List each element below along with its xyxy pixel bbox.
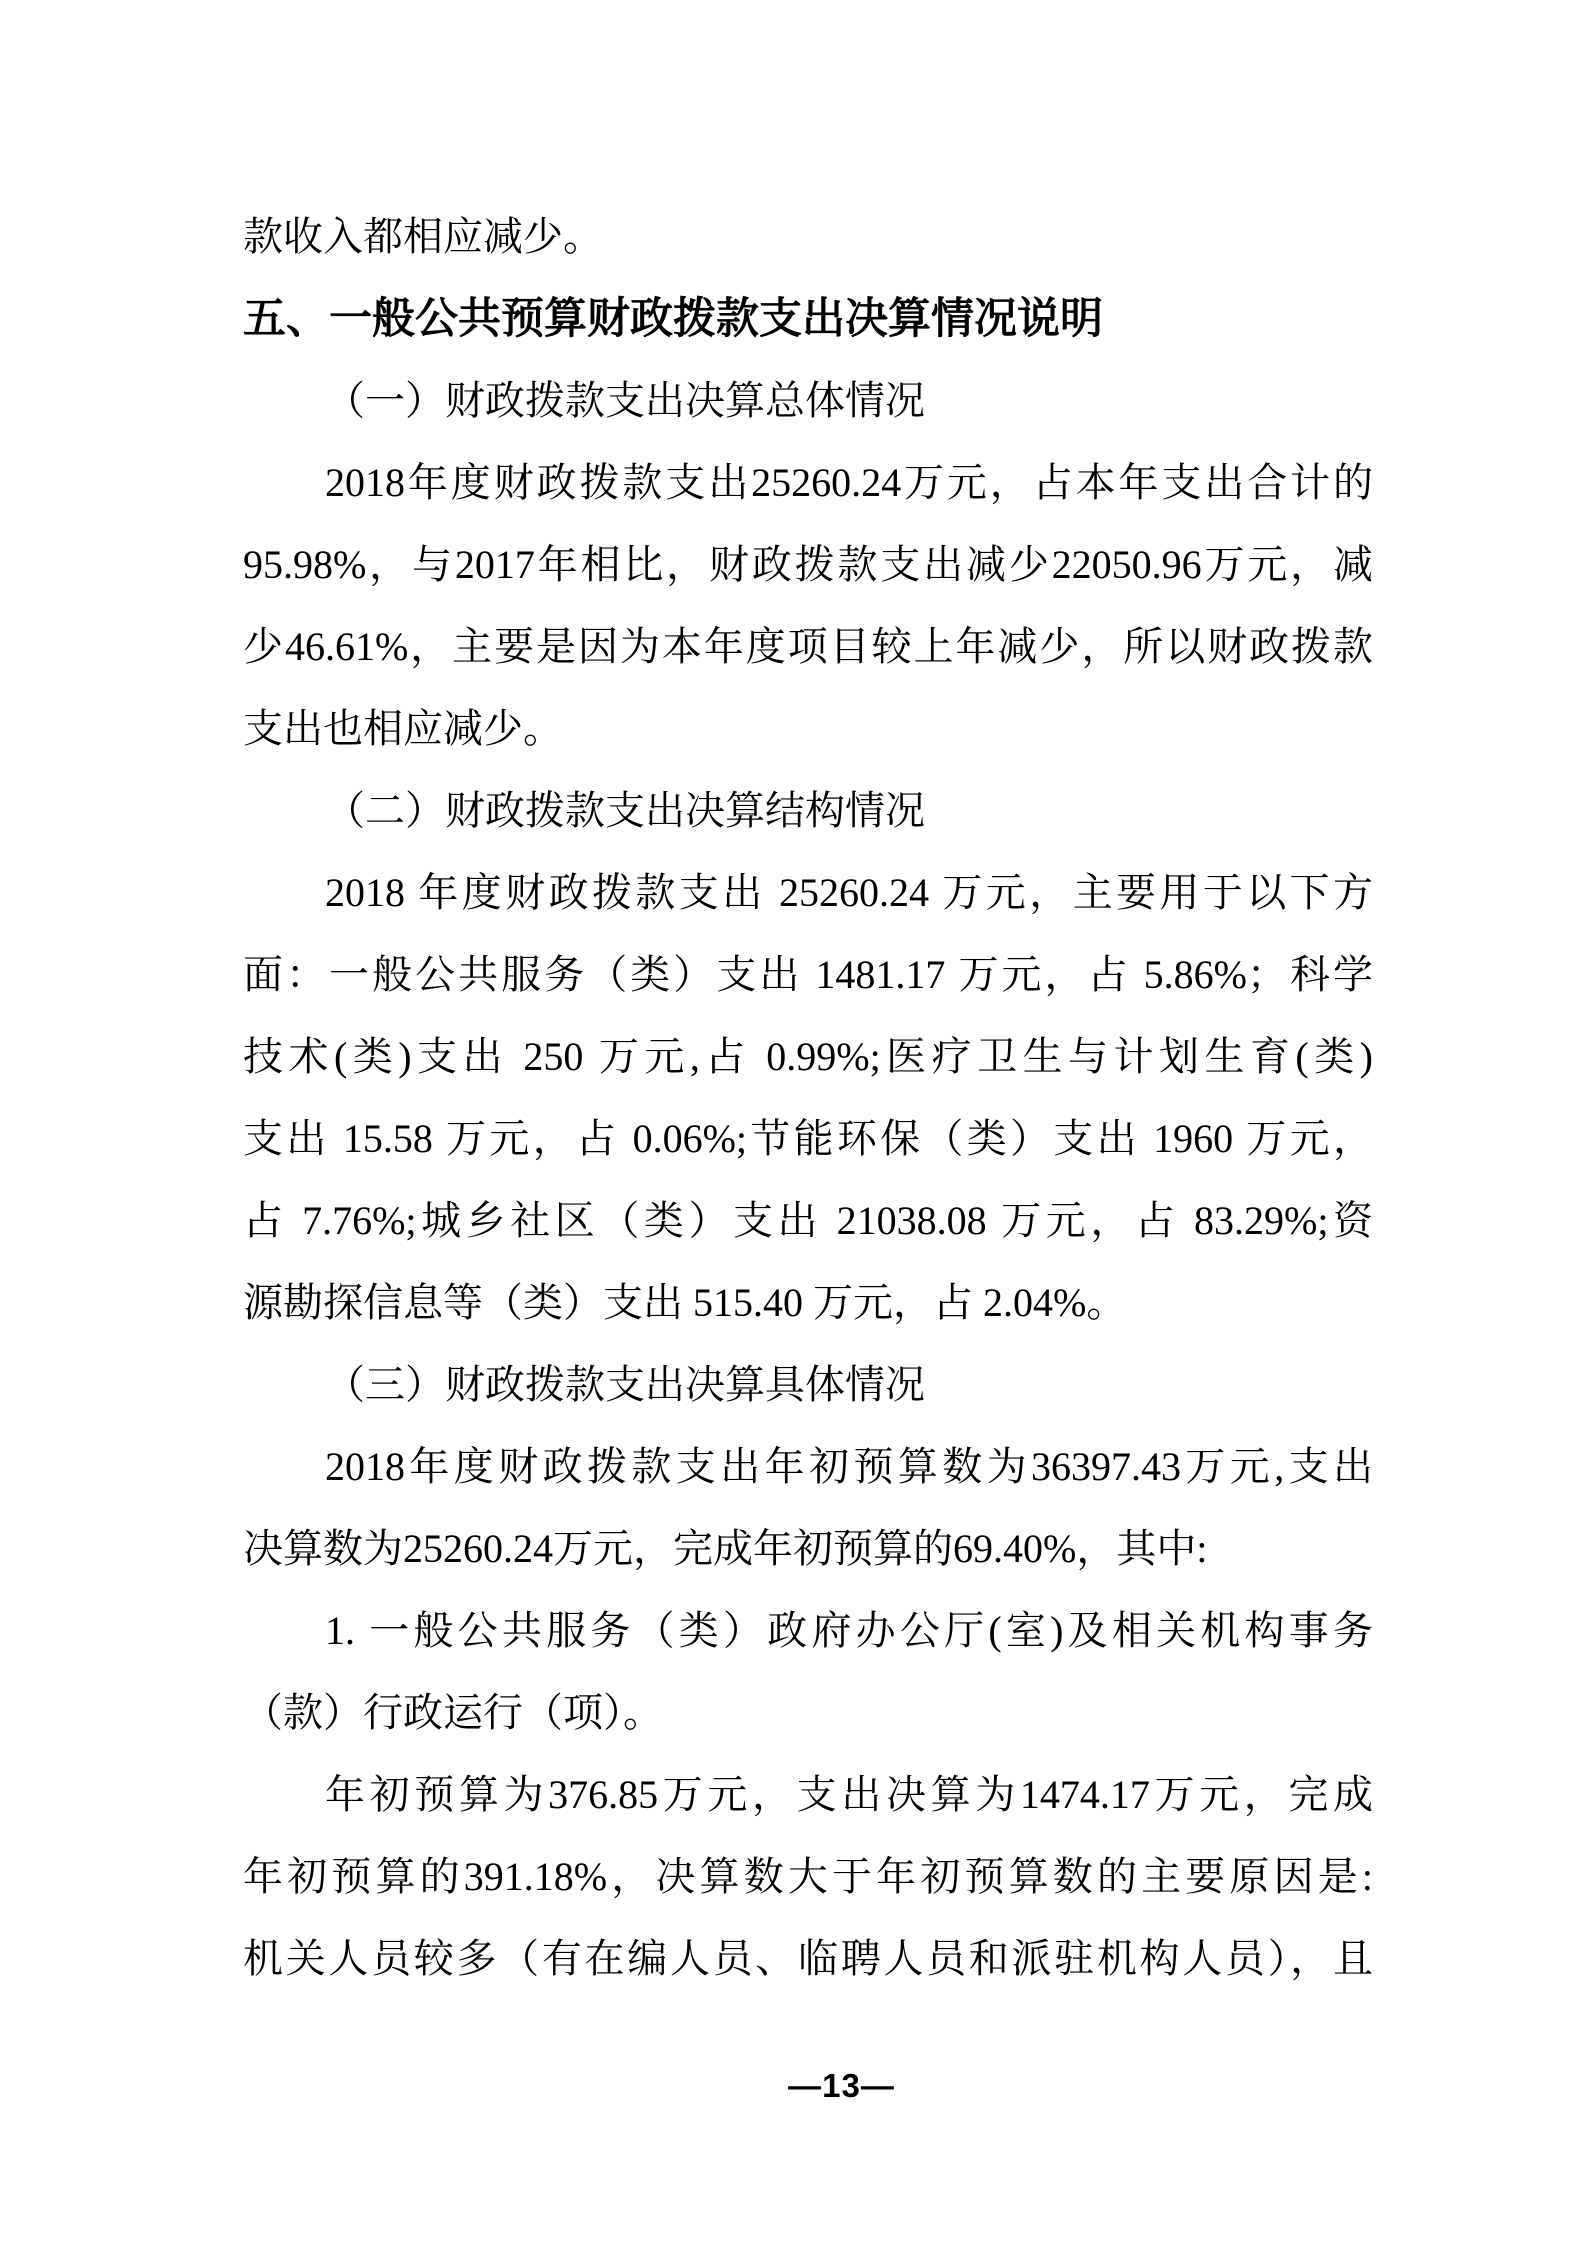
body-line: （款）行政运行（项）。 [243,1672,1373,1754]
subsection-heading: （一）财政拨款支出决算总体情况 [243,360,1373,442]
body-line: 机关人员较多（有在编人员、临聘人员和派驻机构人员），且 [243,1918,1373,2000]
body-line: 2018 年度财政拨款支出 25260.24 万元，主要用于以下方 [243,852,1373,934]
page-number: —13— [788,2067,895,2104]
body-line: 源勘探信息等（类）支出 515.40 万元，占 2.04%。 [243,1262,1373,1344]
body-line: 支出 15.58 万元，占 0.06%;节能环保（类）支出 1960 万元， [243,1098,1373,1180]
body-line: 占 7.76%;城乡社区（类）支出 21038.08 万元，占 83.29%;资 [243,1180,1373,1262]
body-line: 支出也相应减少。 [243,688,1373,770]
body-line: 2018年度财政拨款支出25260.24万元，占本年支出合计的 [243,442,1373,524]
body-line: 年初预算的391.18%，决算数大于年初预算数的主要原因是: [243,1836,1373,1918]
subsection-heading: （三）财政拨款支出决算具体情况 [243,1344,1373,1426]
body-line: 面：一般公共服务（类）支出 1481.17 万元，占 5.86%；科学 [243,934,1373,1016]
section-heading: 五、一般公共预算财政拨款支出决算情况说明 [243,278,1373,360]
body-line: 95.98%，与2017年相比，财政拨款支出减少22050.96万元，减 [243,524,1373,606]
document-body: 款收入都相应减少。 五、一般公共预算财政拨款支出决算情况说明 （一）财政拨款支出… [243,196,1373,2000]
body-line: 少46.61%，主要是因为本年度项目较上年减少，所以财政拨款 [243,606,1373,688]
subsection-heading: （二）财政拨款支出决算结构情况 [243,770,1373,852]
document-page: 款收入都相应减少。 五、一般公共预算财政拨款支出决算情况说明 （一）财政拨款支出… [0,0,1587,2245]
body-line: 款收入都相应减少。 [243,196,1373,278]
body-line: 决算数为25260.24万元，完成年初预算的69.40%，其中: [243,1508,1373,1590]
body-line: 1. 一般公共服务（类）政府办公厅(室)及相关机构事务 [243,1590,1373,1672]
body-line: 技术(类)支出 250 万元,占 0.99%;医疗卫生与计划生育(类) [243,1016,1373,1098]
body-line: 年初预算为376.85万元，支出决算为1474.17万元，完成 [243,1754,1373,1836]
page-footer: —13— [0,2066,1587,2106]
body-line: 2018年度财政拨款支出年初预算数为36397.43万元,支出 [243,1426,1373,1508]
